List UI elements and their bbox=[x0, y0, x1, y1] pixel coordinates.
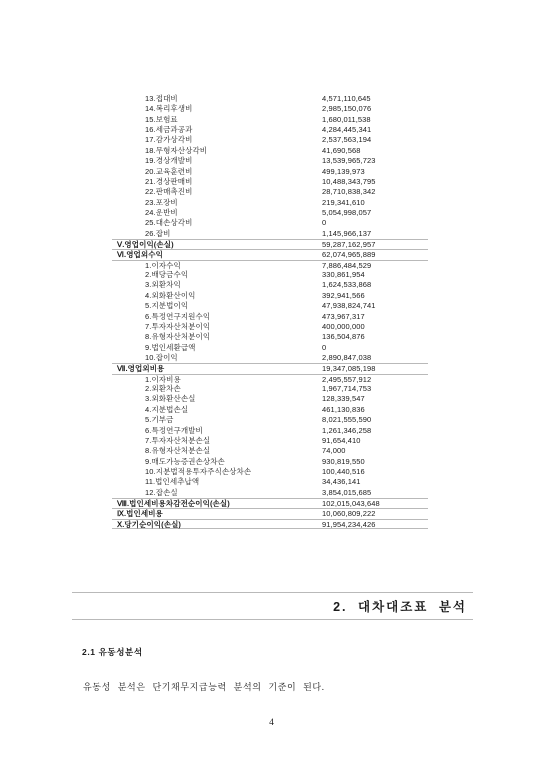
row-value: 4,571,110,645 bbox=[322, 94, 371, 104]
row-label: 14.복리후생비 bbox=[145, 104, 192, 114]
table-row: 6.특정연구개발비 1,261,346,258 bbox=[112, 426, 428, 436]
row-label: 18.무형자산상각비 bbox=[145, 146, 207, 156]
table-row: Ⅹ.당기순이익(손실) 91,954,234,426 bbox=[112, 519, 428, 529]
table-row: Ⅶ.영업외비용 19,347,085,198 bbox=[112, 363, 428, 373]
table-row: 11.법인세추납액 34,436,141 bbox=[112, 477, 428, 487]
table-row: 10.지분법적용투자주식손상차손 100,440,516 bbox=[112, 467, 428, 477]
row-value: 13,539,965,723 bbox=[322, 156, 376, 166]
table-row: Ⅴ.영업이익(손실) 59,287,162,957 bbox=[112, 239, 428, 249]
table-row: 1.이자수익 7,886,484,529 bbox=[112, 260, 428, 270]
table-row: 13.접대비 4,571,110,645 bbox=[112, 94, 428, 104]
row-label: 25.대손상각비 bbox=[145, 218, 192, 228]
row-label: 15.보험료 bbox=[145, 115, 178, 125]
row-label: 4.지분법손실 bbox=[145, 405, 188, 415]
row-value: 1,967,714,753 bbox=[322, 384, 371, 394]
row-value: 499,139,973 bbox=[322, 167, 365, 177]
table-row: 16.세금과공과 4,284,445,341 bbox=[112, 125, 428, 135]
table-row: 7.투자자산처분이익 400,000,000 bbox=[112, 322, 428, 332]
section-title: 2. 대차대조표 분석 bbox=[333, 597, 467, 615]
table-row: 20.교육훈련비 499,139,973 bbox=[112, 167, 428, 177]
table-row: 22.판매촉진비 28,710,838,342 bbox=[112, 187, 428, 197]
table-row: 23.포장비 219,341,610 bbox=[112, 198, 428, 208]
row-value: 8,021,555,590 bbox=[322, 415, 371, 425]
row-label: Ⅹ.당기순이익(손실) bbox=[117, 520, 181, 530]
table-row: 12.잡손실 3,854,015,685 bbox=[112, 488, 428, 498]
row-label: 10.지분법적용투자주식손상차손 bbox=[145, 467, 251, 477]
row-label: 3.외환차익 bbox=[145, 280, 181, 290]
row-value: 2,537,563,194 bbox=[322, 135, 371, 145]
table-row: Ⅵ.영업외수익 62,074,965,889 bbox=[112, 249, 428, 259]
table-row: 3.외환차익 1,624,533,868 bbox=[112, 280, 428, 290]
table-row: 4.외화환산이익 392,941,566 bbox=[112, 291, 428, 301]
row-label: 19.경상개발비 bbox=[145, 156, 192, 166]
row-label: 5.기부금 bbox=[145, 415, 174, 425]
row-value: 3,854,015,685 bbox=[322, 488, 371, 498]
row-value: 128,339,547 bbox=[322, 394, 365, 404]
row-label: 22.판매촉진비 bbox=[145, 187, 192, 197]
table-row: Ⅷ.법인세비용차감전순이익(손실) 102,015,043,648 bbox=[112, 498, 428, 508]
row-value: 2,890,847,038 bbox=[322, 353, 371, 363]
table-row: 24.운반비 5,054,998,057 bbox=[112, 208, 428, 218]
row-label: 8.유형자산처분이익 bbox=[145, 332, 210, 342]
row-label: 6.특정연구지원수익 bbox=[145, 312, 210, 322]
row-value: 136,504,876 bbox=[322, 332, 365, 342]
table-row: 4.지분법손실 461,130,836 bbox=[112, 405, 428, 415]
row-label: 20.교육훈련비 bbox=[145, 167, 192, 177]
table-row: 19.경상개발비 13,539,965,723 bbox=[112, 156, 428, 166]
row-label: 23.포장비 bbox=[145, 198, 178, 208]
table-row: 10.잡이익 2,890,847,038 bbox=[112, 353, 428, 363]
row-label: 4.외화환산이익 bbox=[145, 291, 196, 301]
row-label: 13.접대비 bbox=[145, 94, 178, 104]
table-row: 8.유형자산처분이익 136,504,876 bbox=[112, 332, 428, 342]
row-value: 1,624,533,868 bbox=[322, 280, 371, 290]
row-value: 28,710,838,342 bbox=[322, 187, 376, 197]
row-value: 0 bbox=[322, 218, 326, 228]
row-value: 2,985,150,076 bbox=[322, 104, 371, 114]
table-row: 6.특정연구지원수익 473,967,317 bbox=[112, 312, 428, 322]
row-label: 10.잡이익 bbox=[145, 353, 178, 363]
row-value: 5,054,998,057 bbox=[322, 208, 371, 218]
row-label: 11.법인세추납액 bbox=[145, 477, 199, 487]
row-value: 100,440,516 bbox=[322, 467, 365, 477]
table-row: 15.보험료 1,680,011,538 bbox=[112, 115, 428, 125]
row-value: 219,341,610 bbox=[322, 198, 365, 208]
row-value: 392,941,566 bbox=[322, 291, 365, 301]
row-value: 1,145,966,137 bbox=[322, 229, 371, 239]
row-value: 34,436,141 bbox=[322, 477, 361, 487]
document-page: 13.접대비 4,571,110,645 14.복리후생비 2,985,150,… bbox=[0, 0, 543, 768]
row-label: 12.잡손실 bbox=[145, 488, 178, 498]
table-row: 2.외환차손 1,967,714,753 bbox=[112, 384, 428, 394]
row-value: 930,819,550 bbox=[322, 457, 365, 467]
row-label: 26.잡비 bbox=[145, 229, 170, 239]
row-value: 91,654,410 bbox=[322, 436, 361, 446]
row-label: 17.감가상각비 bbox=[145, 135, 192, 145]
table-row: 5.지분법이익 47,938,824,741 bbox=[112, 301, 428, 311]
row-label: 6.특정연구개발비 bbox=[145, 426, 203, 436]
table-row: 8.유형자산처분손실 74,000 bbox=[112, 446, 428, 456]
row-value: 473,967,317 bbox=[322, 312, 365, 322]
table-row: 25.대손상각비 0 bbox=[112, 218, 428, 228]
row-value: 1,680,011,538 bbox=[322, 115, 371, 125]
table-row: 3.외화환산손실 128,339,547 bbox=[112, 394, 428, 404]
row-label: 5.지분법이익 bbox=[145, 301, 188, 311]
row-value: 4,284,445,341 bbox=[322, 125, 371, 135]
table-row: 21.경상판매비 10,488,343,795 bbox=[112, 177, 428, 187]
table-row: 9.매도가능증권손상차손 930,819,550 bbox=[112, 457, 428, 467]
row-label: 24.운반비 bbox=[145, 208, 178, 218]
row-value: 10,488,343,795 bbox=[322, 177, 376, 187]
table-row: Ⅸ.법인세비용 10,060,809,222 bbox=[112, 508, 428, 518]
row-label: 21.경상판매비 bbox=[145, 177, 192, 187]
row-value: 0 bbox=[322, 343, 326, 353]
table-row: 7.투자자산처분손실 91,654,410 bbox=[112, 436, 428, 446]
row-value: 91,954,234,426 bbox=[322, 520, 376, 530]
row-value: 47,938,824,741 bbox=[322, 301, 376, 311]
row-label: 16.세금과공과 bbox=[145, 125, 192, 135]
row-value: 330,861,954 bbox=[322, 270, 365, 280]
row-label: 8.유형자산처분손실 bbox=[145, 446, 210, 456]
row-value: 461,130,836 bbox=[322, 405, 365, 415]
table-row: 5.기부금 8,021,555,590 bbox=[112, 415, 428, 425]
table-row: 18.무형자산상각비 41,690,568 bbox=[112, 146, 428, 156]
row-label: 7.투자자산처분이익 bbox=[145, 322, 210, 332]
row-label: 2.배당금수익 bbox=[145, 270, 188, 280]
row-value: 41,690,568 bbox=[322, 146, 361, 156]
row-label: 7.투자자산처분손실 bbox=[145, 436, 210, 446]
row-label: 9.매도가능증권손상차손 bbox=[145, 457, 225, 467]
table-row: 17.감가상각비 2,537,563,194 bbox=[112, 135, 428, 145]
row-label: 9.법인세환급액 bbox=[145, 343, 196, 353]
row-value: 1,261,346,258 bbox=[322, 426, 371, 436]
table-row: 9.법인세환급액 0 bbox=[112, 343, 428, 353]
section-header: 2. 대차대조표 분석 bbox=[72, 592, 473, 620]
page-number: 4 bbox=[0, 718, 543, 728]
table-row: 2.배당금수익 330,861,954 bbox=[112, 270, 428, 280]
financial-table: 13.접대비 4,571,110,645 14.복리후생비 2,985,150,… bbox=[112, 94, 428, 529]
body-paragraph: 유동성 분석은 단기채무지급능력 분석의 기준이 된다. bbox=[83, 680, 483, 693]
row-label: 2.외환차손 bbox=[145, 384, 181, 394]
table-row: 26.잡비 1,145,966,137 bbox=[112, 229, 428, 239]
row-value: 400,000,000 bbox=[322, 322, 365, 332]
row-value: 74,000 bbox=[322, 446, 346, 456]
row-label: 3.외화환산손실 bbox=[145, 394, 196, 404]
table-row: 1.이자비용 2,495,557,912 bbox=[112, 374, 428, 384]
table-row: 14.복리후생비 2,985,150,076 bbox=[112, 104, 428, 114]
subsection-title: 2.1 유동성분석 bbox=[82, 646, 143, 658]
